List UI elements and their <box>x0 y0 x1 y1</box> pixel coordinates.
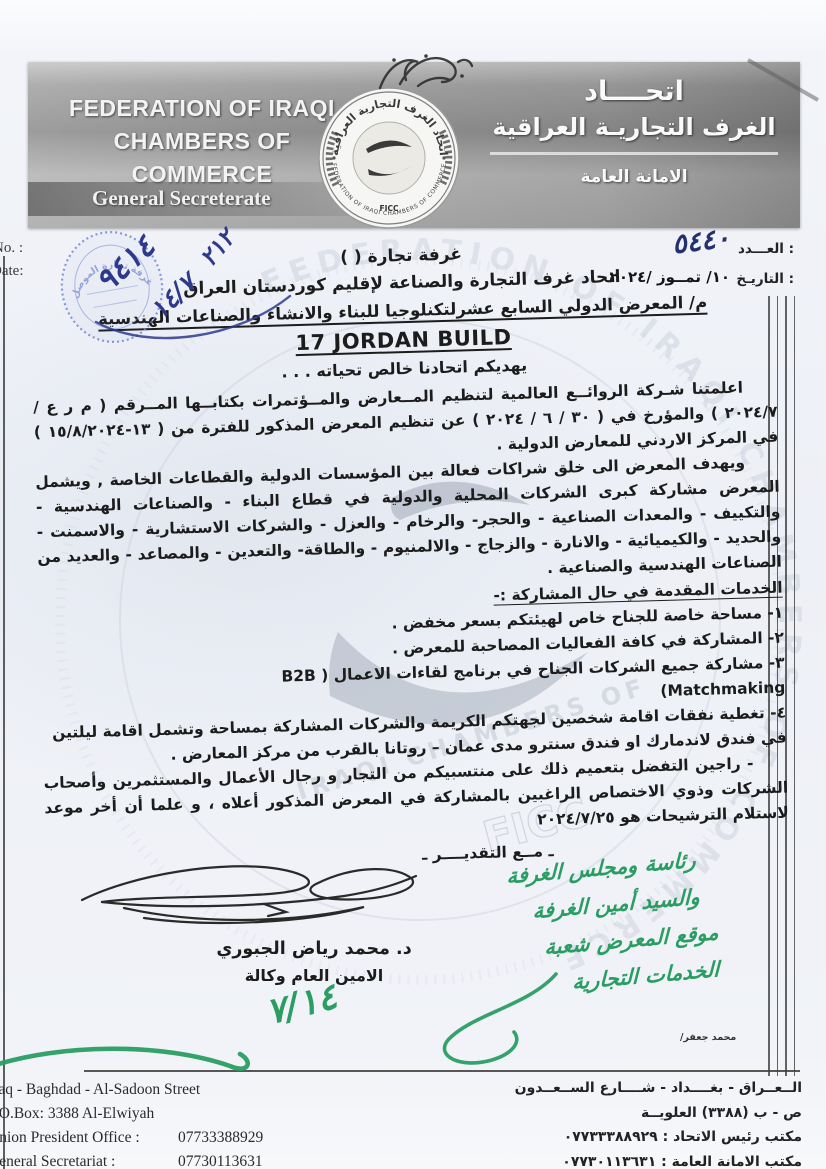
footer-en-pobox: P.O.Box: 3388 Al-Elwiyah <box>0 1102 348 1126</box>
footer-en-phone1-value: 07733388929 <box>178 1129 263 1146</box>
footer-divider <box>84 1070 800 1072</box>
letter-body: غرفة تجارة ( ) اتحاد غرف التجارة والصناع… <box>29 233 790 881</box>
org-name-en-line1: FEDERATION OF IRAQI <box>42 92 362 125</box>
footer-ar: الــعــراق - بغــــداد - شــــارع الســع… <box>412 1076 802 1169</box>
paragraph-2: ويهدف المعرض الى خلق شراكات فعالة بين ال… <box>35 450 782 596</box>
footer-en-phone-1: Union President Office :07733388929 <box>0 1126 348 1150</box>
footer-en-phone2-value: 07730113631 <box>178 1153 263 1169</box>
org-name-en: FEDERATION OF IRAQI CHAMBERS OF COMMERCE <box>42 92 362 191</box>
green-handwritten-notes: رئاسة ومجلس الغرفة والسيد أمين الغرفة مو… <box>422 835 790 1013</box>
footer-ar-phone-2: مكتب الامانة العامة : ٠٧٧٣٠١١٣٦٣١ <box>412 1150 802 1169</box>
dept-ar-label: الامانة العامة <box>484 161 784 187</box>
footer-en-phone2-label: General Secretariat : <box>0 1150 178 1169</box>
ruled-line <box>794 296 796 1076</box>
footer-ar-phone-1: مكتب رئيس الاتحاد : ٠٧٧٣٣٣٨٨٩٢٩ <box>412 1125 802 1150</box>
footer-ar-address: الــعــراق - بغــــداد - شــــارع الســع… <box>412 1076 802 1101</box>
footer-en: Iraq - Baghdad - Al-Sadoon Street P.O.Bo… <box>0 1078 348 1169</box>
scanned-letter-page: FEDERATION OF IRAQI CHAMBERS OF COMMERCE… <box>0 0 826 1169</box>
header-divider-line <box>490 152 778 155</box>
org-name-ar-line1: اتحــــاد <box>484 74 784 110</box>
org-name-ar: اتحــــاد الغرف التجاريـة العراقية الاما… <box>484 74 784 187</box>
signer-name: د. محمد رياض الجبوري <box>184 936 444 963</box>
footer-en-phone-2: General Secretariat :07730113631 <box>0 1150 348 1169</box>
footer-ar-pobox: ص - ب (٣٣٨٨) العلويــة <box>412 1101 802 1126</box>
general-secretariat-strip: General Secreterate <box>28 182 418 216</box>
footer-en-address: Iraq - Baghdad - Al-Sadoon Street <box>0 1078 348 1102</box>
dept-en-label: General Secreterate <box>28 182 418 211</box>
ref-no-label-en: No. : <box>0 240 23 257</box>
page-edge-line <box>3 256 5 1169</box>
clerk-note: محمد جعفر/ <box>680 1032 736 1043</box>
footer-en-phone1-label: Union President Office : <box>0 1126 178 1150</box>
org-name-ar-line2: الغرف التجاريـة العراقية <box>484 110 784 144</box>
header-band: FEDERATION OF IRAQI CHAMBERS OF COMMERCE… <box>28 62 800 228</box>
